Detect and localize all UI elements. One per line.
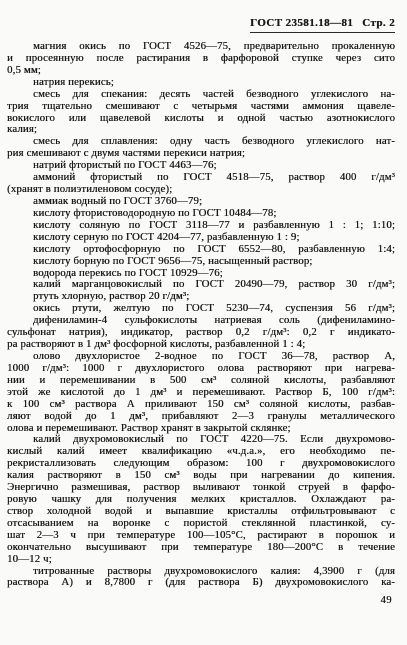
text-line: этой же кислотой до 1 дм³ и перемешивают… [7,387,395,399]
text-line: шат 2—3 ч при температуре 100—105°С, рас… [7,530,395,542]
text-line: и просеянную после растирания в фарфоров… [7,53,395,65]
text-line: 0,5 мм; [7,65,395,77]
standard-number: ГОСТ 23581.18—81 [250,17,353,29]
header-page-label: Стр. 2 [362,17,395,29]
text-line: нии и перемешивании в 500 см³ соляной ки… [7,375,395,387]
text-line: кислоту ортофосфорную по ГОСТ 6552—80, р… [7,244,395,256]
text-line: смесь для спекания: десять частей безвод… [7,89,395,101]
text-line: кислоту борную по ГОСТ 9656—75, насыщенн… [7,256,395,268]
page-number: 49 [381,595,393,606]
text-line: раствора А) и 8,7800 г (для раствора Б) … [7,577,395,589]
text-line: к 100 см³ раствора А приливают 150 см³ с… [7,399,395,411]
page-header: ГОСТ 23581.18—81Стр. 2 [250,17,395,33]
text-line: отсасыванием на воронке с пористой стекл… [7,518,395,530]
text-line: ляют водой до 1 дм³, прибавляют 2—3 гран… [7,411,395,423]
text-line: кислоту серную по ГОСТ 4204—77, разбавле… [7,232,395,244]
body-text: магния окись по ГОСТ 4526—75, предварите… [7,41,395,589]
text-line: кислоту соляную по ГОСТ 3118—77 и разбав… [7,220,395,232]
text-line: окончательно высушивают при температуре … [7,542,395,554]
document-page: ГОСТ 23581.18—81Стр. 2 магния окись по Г… [0,0,407,645]
text-line: 10—12 ч; [7,554,395,566]
text-line: натрия перекись; [7,77,395,89]
text-line: трия тщательно смешивают с четырьмя част… [7,101,395,113]
text-line: вокислого или щавелевой кислоты и одной … [7,113,395,125]
